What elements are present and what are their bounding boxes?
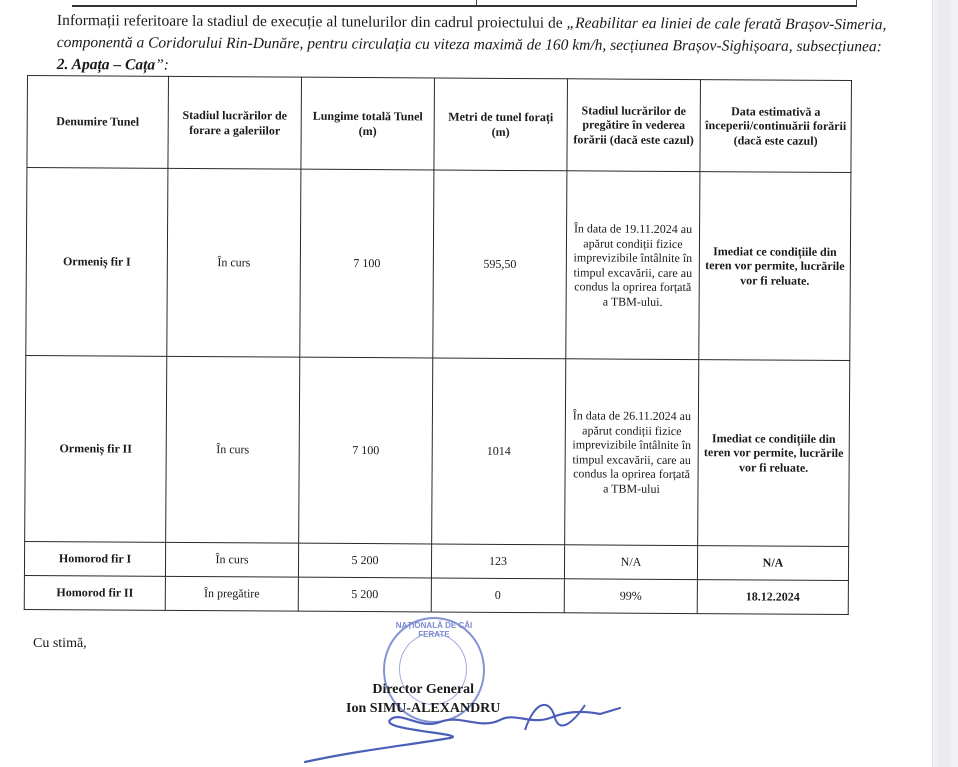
tunnel-name: Homorod fir II <box>24 575 165 610</box>
total-length: 7 100 <box>299 357 433 544</box>
intro-paragraph: Informații referitoare la stadiul de exe… <box>57 10 887 80</box>
total-length: 5 200 <box>298 543 431 578</box>
vertical-scrollbar[interactable] <box>937 0 951 767</box>
header-preparation-status: Stadiul lucrărilor de pregătire în veder… <box>567 79 701 172</box>
header-tunnel-name: Denumire Tunel <box>27 76 169 169</box>
table-row: Ormeniș fir II În curs 7 100 1014 În dat… <box>25 355 850 546</box>
document-page: Informații referitoare la stadiul de exe… <box>0 0 932 767</box>
table-row: Ormeniș fir I În curs 7 100 595,50 În da… <box>26 168 851 361</box>
preparation-status: N/A <box>564 545 697 580</box>
header-total-length: Lungime totală Tunel (m) <box>301 77 435 170</box>
meters-drilled: 123 <box>431 544 564 579</box>
handwritten-signature-icon <box>300 690 630 767</box>
intro-text: Informații referitoare la stadiul de exe… <box>57 12 567 32</box>
closing-quote: ”: <box>155 57 169 74</box>
drilling-status: În curs <box>167 168 301 357</box>
drilling-status: În pregătire <box>165 576 298 611</box>
meters-drilled: 595,50 <box>433 170 567 359</box>
previous-table-bottom-edge-right <box>476 0 857 7</box>
tunnel-status-table: Denumire Tunel Stadiul lucrărilor de for… <box>24 75 852 615</box>
drilling-status: În curs <box>165 542 298 577</box>
previous-table-bottom-edge <box>72 0 476 7</box>
header-drilling-status: Stadiul lucrărilor de forare a galeriilo… <box>168 76 302 169</box>
table-header-row: Denumire Tunel Stadiul lucrărilor de for… <box>27 76 852 173</box>
closing-salutation: Cu stimă, <box>33 636 87 652</box>
tunnel-name: Ormeniș fir I <box>26 168 168 357</box>
header-estimated-date: Data estimativă a începerii/continuării … <box>700 80 852 173</box>
table-row: Homorod fir II În pregătire 5 200 0 99% … <box>24 575 848 614</box>
tunnel-name: Homorod fir I <box>24 541 165 576</box>
meters-drilled: 0 <box>431 578 564 613</box>
meters-drilled: 1014 <box>432 358 566 545</box>
drilling-status: În curs <box>166 356 300 543</box>
preparation-status: În data de 19.11.2024 au apărut condiții… <box>566 171 700 360</box>
estimated-date: Imediat ce condițiile din teren vor perm… <box>699 172 851 361</box>
estimated-date: N/A <box>697 546 848 581</box>
preparation-status: În data de 26.11.2024 au apărut condiții… <box>565 359 699 546</box>
subsection-name: 2. Apața – Cața <box>57 56 156 74</box>
tunnel-name: Ormeniș fir II <box>25 355 167 542</box>
preparation-status: 99% <box>564 579 697 614</box>
table-row: Homorod fir I În curs 5 200 123 N/A N/A <box>24 541 848 580</box>
tunnel-status-table-wrap: Denumire Tunel Stadiul lucrărilor de for… <box>24 75 852 615</box>
estimated-date: Imediat ce condițiile din teren vor perm… <box>698 360 850 547</box>
total-length: 7 100 <box>300 169 434 358</box>
header-meters-drilled: Metri de tunel forați (m) <box>434 78 568 171</box>
estimated-date: 18.12.2024 <box>697 580 848 615</box>
total-length: 5 200 <box>298 577 431 612</box>
